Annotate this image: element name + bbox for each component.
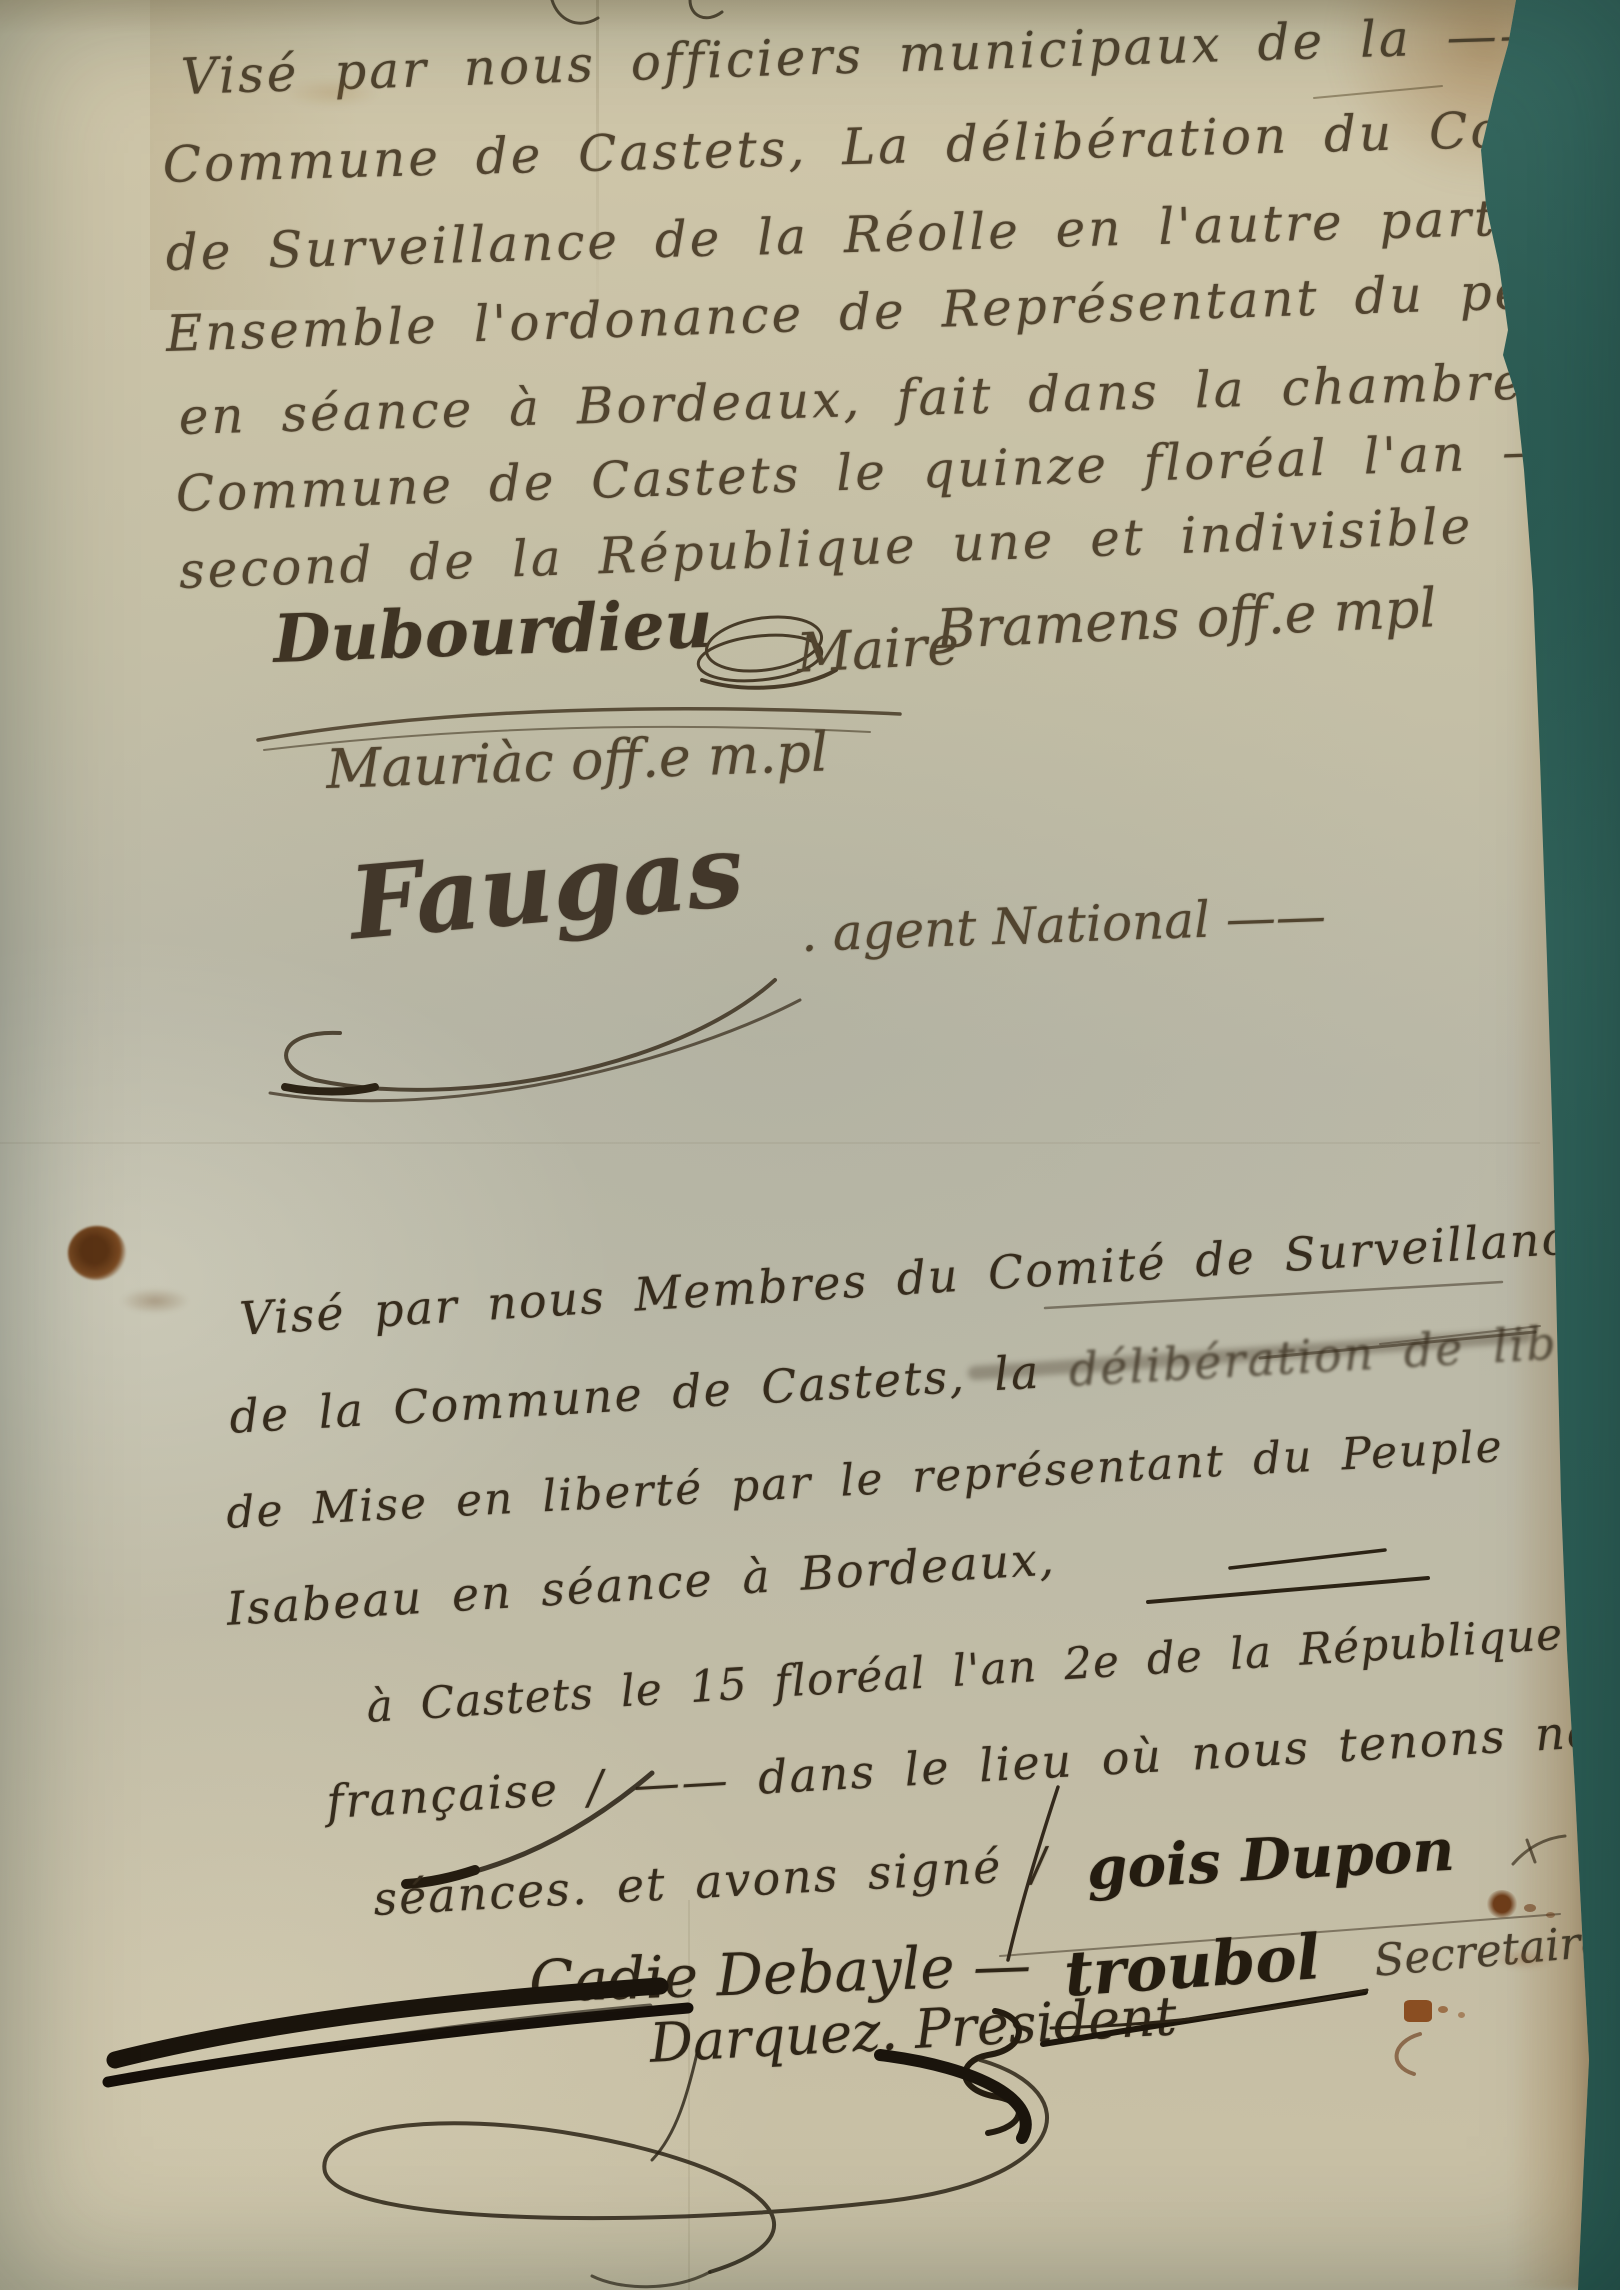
signature-swoosh-flourish <box>255 975 835 1125</box>
rust-dot <box>1458 2012 1465 2018</box>
manuscript-line: de Surveillance de la Réolle en l'autre … <box>165 189 1498 282</box>
faint-stain <box>120 1288 190 1314</box>
ink-blot-stain <box>68 1226 126 1280</box>
signature-dubourdieu: Dubourdieu <box>272 585 714 678</box>
signature-troubol: troubol <box>1062 1920 1322 2011</box>
photo-backdrop: Visé par nous officiers municipaux de la… <box>0 0 1620 2290</box>
signature-faugas: Faugas <box>345 811 748 963</box>
manuscript-line: séances. et avons signé / <box>372 1837 1050 1926</box>
manuscript-line: de Mise en liberté par le représentant d… <box>225 1421 1505 1539</box>
manuscript-line: Isabeau en séance à Bordeaux, <box>225 1531 1057 1636</box>
curved-stain-mark <box>1380 2028 1435 2083</box>
grand-paraph-flourish <box>280 2040 1160 2290</box>
manuscript-page: Visé par nous officiers municipaux de la… <box>0 0 1620 2290</box>
signature-mauriac: Mauriàc off.e m.pl <box>325 720 829 800</box>
signature-bramens: Bramens off.e mpl <box>935 576 1438 661</box>
paper-crease <box>0 1142 1540 1144</box>
signature-gois-dupon: gois Dupon <box>1085 1816 1456 1903</box>
rust-dot <box>1438 2006 1448 2013</box>
signature-title-agent-national: . agent National —— <box>800 887 1327 963</box>
long-dash-flourish <box>1140 1540 1440 1610</box>
line-clear-part: de la Commune de Castets, la <box>228 1343 1070 1444</box>
rust-stain <box>1404 2000 1432 2022</box>
manuscript-line: à Castets le 15 floréal l'an 2e de la Ré… <box>365 1609 1565 1733</box>
